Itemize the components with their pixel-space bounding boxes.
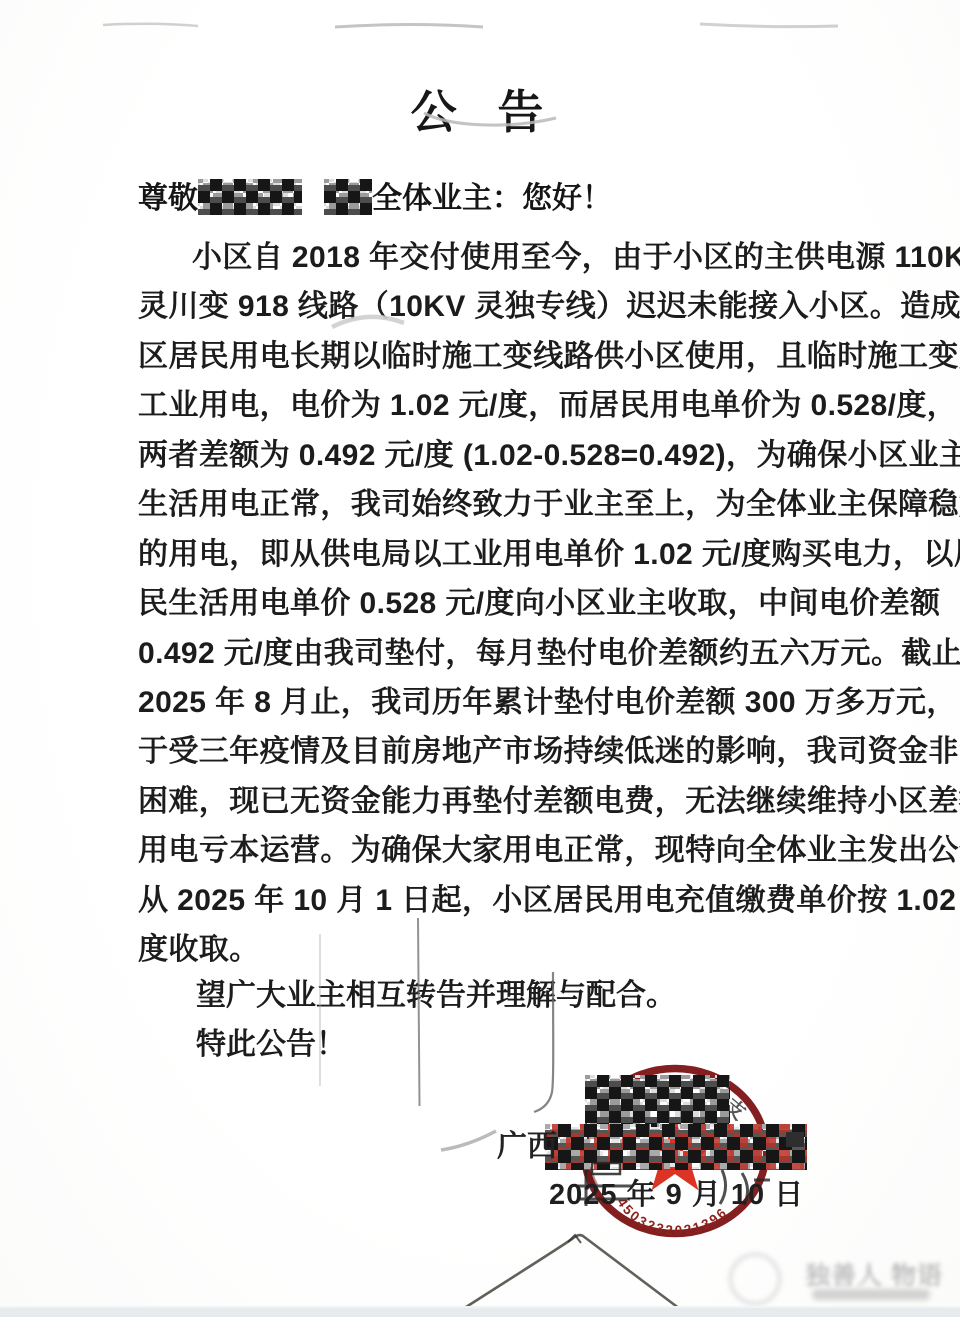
salutation-prefix: 尊敬 [138, 182, 198, 215]
censored-company-mosaic-icon [545, 1124, 807, 1170]
company-signature-prefix: 广西 [497, 1121, 557, 1163]
censored-name-mosaic-icon [198, 179, 302, 215]
censored-mosaic-block-icon [786, 1132, 804, 1147]
body-line: 生活用电正常，我司始终致力于业主至上，为全体业主保障稳定 [138, 480, 856, 529]
signature-swoosh [441, 1131, 496, 1150]
body-line: 小区自 2018 年交付使用至今，由于小区的主供电源 110KV [138, 233, 856, 282]
notice-date: 2025 年 9 月 10 日 [549, 1172, 804, 1212]
body-line: 两者差额为 0.492 元/度 (1.02-0.528=0.492)，为确保小区… [138, 431, 856, 480]
closing-line: 望广大业主相互转告并理解与配合。 [138, 971, 856, 1020]
top-smudge-mid [335, 25, 483, 28]
salutation-suffix: 全体业主：您好！ [372, 182, 612, 215]
top-smudge-left [103, 24, 198, 26]
photo-bottom-edge [0, 1306, 960, 1317]
notice-title: 公 告 [0, 76, 960, 142]
body-line: 度收取。 [138, 925, 856, 974]
censored-name-mosaic-icon [324, 179, 372, 215]
body-line: 工业用电，电价为 1.02 元/度，而居民用电单价为 0.528/度， [138, 381, 856, 430]
body-line: 困难，现已无资金能力再垫付差额电费，无法继续维持小区差额 [138, 777, 856, 826]
body-line: 区居民用电长期以临时施工变线路供小区使用，且临时施工变为 [138, 332, 856, 381]
notice-body: 小区自 2018 年交付使用至今，由于小区的主供电源 110KV 灵川变 918… [138, 233, 856, 975]
top-smudge-right [700, 24, 838, 27]
body-line: 0.492 元/度由我司垫付，每月垫付电价差额约五六万元。截止 [138, 629, 856, 678]
scanned-notice-page: 支 4503232021396 公 告 尊敬全体业主：您好！ 小区自 2018 … [0, 0, 960, 1317]
body-line: 的用电，即从供电局以工业用电单价 1.02 元/度购买电力，以居 [138, 530, 856, 579]
body-line: 2025 年 8 月止，我司历年累计垫付电价差额 300 万多万元，由 [138, 678, 856, 727]
watermark-text: 独善人 物语 [805, 1256, 955, 1292]
watermark-ring-icon [728, 1252, 782, 1306]
salutation-line: 尊敬全体业主：您好！ [138, 173, 612, 217]
body-line: 灵川变 918 线路（10KV 灵独专线）迟迟未能接入小区。造成小 [138, 282, 856, 331]
watermark-subtext-blur [812, 1289, 930, 1300]
body-line: 于受三年疫情及目前房地产市场持续低迷的影响，我司资金非常 [138, 727, 856, 776]
body-line: 民生活用电单价 0.528 元/度向小区业主收取，中间电价差额 [138, 579, 856, 628]
censored-seal-mosaic-icon [585, 1075, 730, 1127]
body-line: 用电亏本运营。为确保大家用电正常，现特向全体业主发出公告： [138, 826, 856, 875]
body-line: 从 2025 年 10 月 1 日起，小区居民用电充值缴费单价按 1.02 元/ [138, 876, 856, 925]
